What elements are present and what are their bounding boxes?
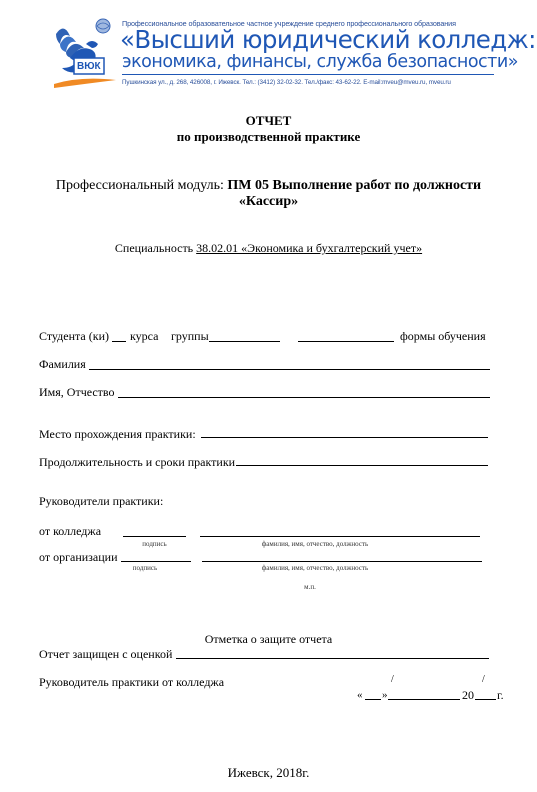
surname-field[interactable] (89, 369, 490, 370)
grade-field[interactable] (176, 658, 489, 659)
practice-place-label: Место прохождения практики: (39, 427, 196, 441)
group-label: группы (171, 329, 209, 343)
surname-label: Фамилия (39, 357, 86, 371)
city-year: Ижевск, 2018г. (0, 765, 537, 780)
module-line: Профессиональный модуль: ПМ 05 Выполнени… (0, 178, 537, 194)
date-month-field[interactable] (388, 699, 460, 700)
college-signature-field[interactable] (123, 536, 186, 537)
practice-duration-label: Продолжительность и сроки практики (39, 455, 235, 469)
college-fio-field[interactable] (200, 536, 480, 537)
college-name-line1: «Высший юридический колледж: (120, 26, 536, 54)
org-fio-caption: фамилия, имя, отчество, должность (200, 564, 430, 572)
year-prefix: 20 (462, 688, 474, 702)
college-supervisor-sign-label: Руководитель практики от колледжа (39, 675, 224, 689)
college-logo: ВЮК (50, 14, 122, 92)
college-supervisor-label: от колледжа (39, 524, 101, 538)
slash-1: / (391, 673, 394, 687)
name-label: Имя, Отчество (39, 385, 115, 399)
college-signature-caption: подпись (123, 540, 186, 548)
report-title: ОТЧЕТ (0, 113, 537, 128)
defense-heading: Отметка о защите отчета (0, 632, 537, 646)
date-year-field[interactable] (475, 699, 496, 700)
name-field[interactable] (118, 397, 490, 398)
supervisors-heading: Руководители практики: (39, 494, 163, 508)
practice-duration-field[interactable] (236, 465, 488, 466)
date-day-field[interactable] (365, 699, 381, 700)
student-prefix: Студента (ки) (39, 329, 109, 343)
course-label: курса (130, 329, 158, 343)
course-field[interactable] (112, 341, 126, 342)
specialty-label: Специальность (115, 241, 196, 255)
report-subtitle: по производственной практике (0, 129, 537, 144)
date-close-quote: » (382, 688, 388, 702)
org-signature-caption: подпись (121, 564, 169, 572)
college-name-line2: экономика, финансы, служба безопасности» (122, 52, 518, 72)
specialty-value: 38.02.01 «Экономика и бухгалтерский учет… (196, 241, 422, 255)
module-value: ПМ 05 Выполнение работ по должности (227, 178, 481, 193)
module-label: Профессиональный модуль: (56, 178, 227, 193)
grade-label: Отчет защищен с оценкой (39, 647, 172, 661)
griffin-emblem-icon (50, 14, 122, 92)
org-supervisor-label: от организации (39, 550, 118, 564)
study-form-label: формы обучения (400, 329, 486, 343)
module-value-cont: «Кассир» (0, 194, 537, 210)
date-open-quote: « (357, 688, 363, 702)
header-divider (122, 74, 494, 75)
year-suffix: г. (497, 688, 504, 702)
slash-2: / (482, 673, 485, 687)
college-fio-caption: фамилия, имя, отчество, должность (200, 540, 430, 548)
study-form-field[interactable] (298, 341, 394, 342)
stamp-place: м.п. (290, 583, 330, 591)
group-field[interactable] (209, 341, 280, 342)
org-fio-field[interactable] (202, 561, 482, 562)
practice-place-field[interactable] (201, 437, 488, 438)
college-address: Пушкинская ул., д. 268, 426008, г. Ижевс… (122, 79, 451, 86)
specialty-line: Специальность 38.02.01 «Экономика и бухг… (0, 241, 537, 255)
logo-abbreviation: ВЮК (77, 61, 101, 72)
org-signature-field[interactable] (121, 561, 191, 562)
